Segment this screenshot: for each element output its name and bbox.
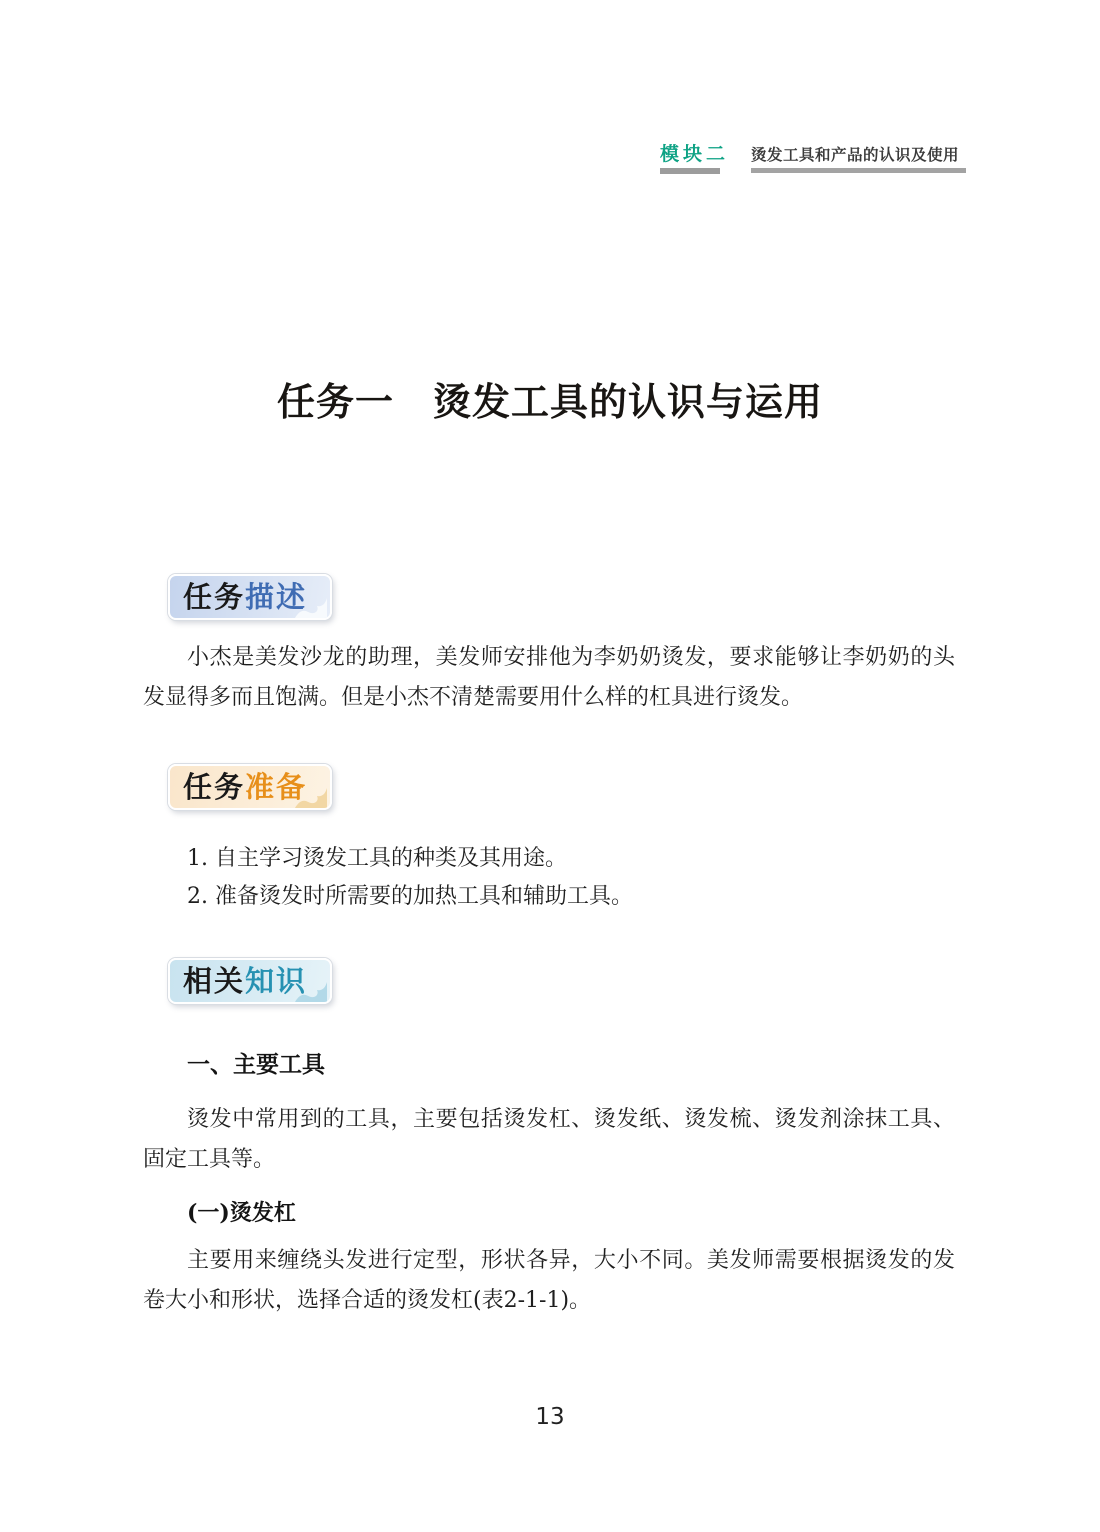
preparation-list-item: 1. 自主学习烫发工具的种类及其用途。 xyxy=(187,840,633,878)
perm-rod-paragraph: 主要用来缠绕头发进行定型，形状各异，大小不同。美发师需要根据烫发的发卷大小和形状… xyxy=(143,1241,955,1321)
module-badge: 模块二 xyxy=(660,142,729,174)
section-heading-main-tools: 一、主要工具 xyxy=(187,1050,325,1080)
running-head: 模块二 烫发工具和产品的认识及使用 xyxy=(660,142,966,174)
module-title-block: 烫发工具和产品的认识及使用 xyxy=(751,142,966,173)
module-underline-bar xyxy=(660,168,720,174)
badge-task-preparation-prefix: 任务 xyxy=(183,773,245,802)
wave-icon xyxy=(295,976,327,1002)
wave-icon xyxy=(295,782,327,808)
badge-task-description-prefix: 任务 xyxy=(183,583,245,612)
section-heading-perm-rod: (一)烫发杠 xyxy=(187,1198,296,1228)
badge-related-knowledge-prefix: 相关 xyxy=(183,967,245,996)
wave-icon xyxy=(295,592,327,618)
module-title: 烫发工具和产品的认识及使用 xyxy=(751,146,966,165)
badge-related-knowledge: 相关 知识 xyxy=(168,958,332,1004)
page-title: 任务一 烫发工具的认识与运用 xyxy=(0,376,1100,428)
task-description-paragraph: 小杰是美发沙龙的助理，美发师安排他为李奶奶烫发，要求能够让李奶奶的头发显得多而且… xyxy=(143,638,955,718)
preparation-list-item: 2. 准备烫发时所需要的加热工具和辅助工具。 xyxy=(187,878,633,916)
badge-task-description: 任务 描述 xyxy=(168,574,332,620)
module-title-underline-bar xyxy=(751,168,966,173)
page-number: 13 xyxy=(0,1402,1100,1432)
main-tools-paragraph: 烫发中常用到的工具，主要包括烫发杠、烫发纸、烫发梳、烫发剂涂抹工具、固定工具等。 xyxy=(143,1100,955,1180)
module-label: 模块二 xyxy=(660,142,729,166)
preparation-list: 1. 自主学习烫发工具的种类及其用途。 2. 准备烫发时所需要的加热工具和辅助工… xyxy=(187,840,633,916)
badge-task-preparation: 任务 准备 xyxy=(168,764,332,810)
